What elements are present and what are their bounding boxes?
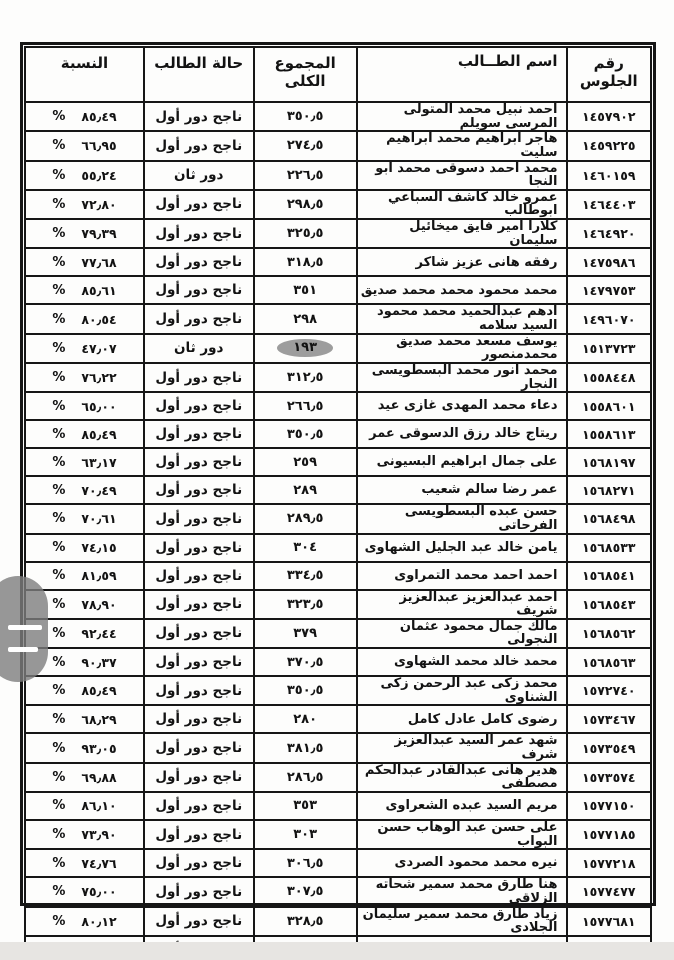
total-score-cell: ٣٥٠٫٥ (254, 676, 357, 705)
total-score-cell: ٣٥٠٫٥ (254, 102, 357, 131)
percentage-cell: ٨٠٫١٢ % (25, 907, 144, 936)
percentage-value: ٩٢٫٤٤ (81, 626, 116, 641)
percent-sign: % (52, 427, 65, 442)
percentage-value: ٨٠٫١٢ (81, 914, 116, 929)
student-name-cell: عمرو خالد كاشف السباعي ابوطالب (357, 190, 567, 219)
table-row: ١٥٧٧٦٨١ زياد طارق محمد سمير سليمان الجلا… (25, 907, 651, 936)
total-score-value: ٣٥٠٫٥ (287, 683, 324, 698)
percentage-cell: ٧٠٫٦١ % (25, 504, 144, 533)
percent-sign: % (52, 511, 65, 526)
seat-number-cell: ١٥٦٨١٩٧ (567, 448, 652, 476)
student-name-cell: محمد زكى عبد الرحمن زكى الشناوى (357, 676, 567, 705)
total-score-value: ٢٨٠ (293, 712, 317, 727)
status-cell: ناجح دور أول (144, 248, 254, 276)
percent-sign: % (52, 741, 65, 756)
percentage-group: ٨٥٫٦١ % (27, 283, 142, 298)
status-cell: دور ثان (144, 334, 254, 363)
table-row: ١٥٦٨١٩٧ على جمال ابراهيم البسيونى ٢٥٩ نا… (25, 448, 651, 476)
header-seat-number: رقم الجلوس (567, 47, 652, 102)
status-cell: ناجح دور أول (144, 420, 254, 448)
percentage-value: ٦٦٫٩٥ (81, 138, 116, 153)
percent-sign: % (52, 341, 65, 356)
percentage-group: ٧٠٫٤٩ % (27, 483, 142, 498)
total-score-cell: ٢٨٠ (254, 705, 357, 733)
total-score-value: ٢٧٤٫٥ (287, 138, 324, 153)
seat-number-cell: ١٤٦٤٩٢٠ (567, 219, 652, 248)
percentage-cell: ٦٥٫٠٠ % (25, 392, 144, 420)
total-score-cell: ٢٧٤٫٥ (254, 131, 357, 160)
percentage-value: ٧٧٫٦٨ (81, 255, 116, 270)
percentage-cell: ٧٤٫٧٦ % (25, 849, 144, 877)
floating-assistive-handle[interactable] (0, 576, 48, 682)
status-cell: ناجح دور أول (144, 590, 254, 619)
seat-number-cell: ١٥٦٨٥٦٣ (567, 648, 652, 676)
header-total-score: المجموع الكلى (254, 47, 357, 102)
table-row: ١٥٦٨٥٦٢ مالك جمال محمود عثمان النجولى ٣٧… (25, 619, 651, 648)
percentage-group: ٩٣٫٠٥ % (27, 741, 142, 756)
status-cell: ناجح دور أول (144, 562, 254, 590)
total-score-cell: ٣٠٣ (254, 820, 357, 849)
total-score-cell: ٣٧٠٫٥ (254, 648, 357, 676)
percent-sign: % (52, 914, 65, 929)
percentage-group: ٧٦٫٢٢ % (27, 370, 142, 385)
percent-sign: % (52, 798, 65, 813)
percentage-cell: ٦٣٫١٧ % (25, 448, 144, 476)
results-table: رقم الجلوس اسم الطــالب المجموع الكلى حا… (24, 46, 652, 960)
total-score-value: ٢٨٦٫٥ (287, 770, 324, 785)
student-name-cell: هدير هانى عبدالقادر عبدالحكم مصطفى (357, 763, 567, 792)
total-score-value: ٣٥٠٫٥ (287, 109, 324, 124)
document-page: رقم الجلوس اسم الطــالب المجموع الكلى حا… (0, 0, 674, 942)
status-cell: ناجح دور أول (144, 676, 254, 705)
seat-number-cell: ١٥٦٨٢٧١ (567, 476, 652, 504)
percentage-cell: ٧٩٫٣٩ % (25, 219, 144, 248)
percentage-value: ٧٠٫٤٩ (81, 483, 116, 498)
percent-sign: % (52, 483, 65, 498)
percent-sign: % (52, 455, 65, 470)
percentage-value: ٨٦٫١٠ (81, 798, 116, 813)
table-row: ١٤٥٧٩٠٢ احمد نبيل محمد المتولى المرسى سو… (25, 102, 651, 131)
table-row: ١٥١٣٧٢٣ يوسف مسعد محمد صديق محمدمنصور ١٩… (25, 334, 651, 363)
percentage-group: ٦٣٫١٧ % (27, 455, 142, 470)
student-name-cell: محمد احمد دسوقى محمد ابو النجا (357, 161, 567, 190)
table-row: ١٤٧٩٧٥٣ محمد محمود محمد محمد صديق ٣٥١ نا… (25, 276, 651, 304)
total-score-value: ٢٩٨ (293, 312, 317, 327)
student-name-cell: كلارا امير فايق ميخائيل سليمان (357, 219, 567, 248)
percentage-value: ٩٠٫٣٧ (81, 655, 116, 670)
table-row: ١٥٦٨٥٤١ احمد احمد محمد التمراوى ٣٣٤٫٥ نا… (25, 562, 651, 590)
percentage-cell: ٤٧٫٠٧ % (25, 334, 144, 363)
total-score-cell: ٢٢٦٫٥ (254, 161, 357, 190)
percentage-group: ٧٣٫٩٠ % (27, 827, 142, 842)
status-cell: ناجح دور أول (144, 619, 254, 648)
student-name-cell: احمد نبيل محمد المتولى المرسى سويلم (357, 102, 567, 131)
percentage-cell: ٦٨٫٢٩ % (25, 705, 144, 733)
percent-sign: % (52, 770, 65, 785)
total-score-value: ٣٥٠٫٥ (287, 427, 324, 442)
total-score-value: ٣٣٤٫٥ (287, 568, 324, 583)
status-cell: ناجح دور أول (144, 648, 254, 676)
percent-sign: % (52, 712, 65, 727)
percentage-cell: ٧٤٫١٥ % (25, 534, 144, 562)
percentage-group: ٥٥٫٢٤ % (27, 168, 142, 183)
seat-number-cell: ١٥٧٢٧٤٠ (567, 676, 652, 705)
percentage-cell: ٧٣٫٩٠ % (25, 820, 144, 849)
percentage-value: ٧٦٫٢٢ (81, 370, 116, 385)
percent-sign: % (52, 370, 65, 385)
seat-number-cell: ١٤٧٥٩٨٦ (567, 248, 652, 276)
total-score-cell: ٣٥٣ (254, 792, 357, 820)
table-row: ١٥٧٢٧٤٠ محمد زكى عبد الرحمن زكى الشناوى … (25, 676, 651, 705)
percentage-cell: ٩٣٫٠٥ % (25, 733, 144, 762)
table-row: ١٥٦٨٤٩٨ حسن عبده البسطويسى الفرحاتى ٢٨٩٫… (25, 504, 651, 533)
seat-number-cell: ١٥٦٨٥٦٢ (567, 619, 652, 648)
percentage-value: ٥٥٫٢٤ (81, 168, 116, 183)
percent-sign: % (52, 138, 65, 153)
percentage-cell: ٧٧٫٦٨ % (25, 248, 144, 276)
percentage-cell: ٨٥٫٦١ % (25, 276, 144, 304)
status-cell: دور ثان (144, 161, 254, 190)
table-row: ١٥٥٨٤٤٨ محمد انور محمد البسطويسى النجار … (25, 363, 651, 392)
percentage-value: ٦٣٫١٧ (81, 455, 116, 470)
table-row: ١٥٧٣٥٧٤ هدير هانى عبدالقادر عبدالحكم مصط… (25, 763, 651, 792)
percentage-value: ٦٩٫٨٨ (81, 770, 116, 785)
seat-number-cell: ١٥٥٨٦١٣ (567, 420, 652, 448)
total-score-value: ٣٢٣٫٥ (287, 597, 324, 612)
percent-sign: % (52, 197, 65, 212)
student-name-cell: هنا طارق محمد سمير شحاته الزلاقى (357, 877, 567, 906)
table-row: ١٥٧٧٢١٨ نيره محمد محمود الصردى ٣٠٦٫٥ ناج… (25, 849, 651, 877)
status-cell: ناجح دور أول (144, 448, 254, 476)
total-score-cell: ٣١٢٫٥ (254, 363, 357, 392)
student-name-cell: مريم السيد عبده الشعراوى (357, 792, 567, 820)
total-score-cell: ٣٢٨٫٥ (254, 907, 357, 936)
percentage-group: ٨٥٫٤٩ % (27, 427, 142, 442)
table-header-row: رقم الجلوس اسم الطــالب المجموع الكلى حا… (25, 47, 651, 102)
percentage-group: ٦٥٫٠٠ % (27, 399, 142, 414)
student-name-cell: يوسف مسعد محمد صديق محمدمنصور (357, 334, 567, 363)
total-score-value: ٣٥٣ (293, 798, 317, 813)
seat-number-cell: ١٤٦٤٤٠٣ (567, 190, 652, 219)
status-cell: ناجح دور أول (144, 705, 254, 733)
status-cell: ناجح دور أول (144, 534, 254, 562)
total-score-value: ٣١٢٫٥ (287, 370, 324, 385)
table-row: ١٥٦٨٥٤٣ أحمد عبدالعزيز عبدالعزيز شريف ٣٢… (25, 590, 651, 619)
handle-bar-icon (8, 647, 38, 652)
total-score-value: ٣٨١٫٥ (287, 741, 324, 756)
percentage-value: ٨٠٫٥٤ (81, 312, 116, 327)
percentage-group: ٨٥٫٤٩ % (27, 683, 142, 698)
table-row: ١٥٧٧١٨٥ على حسن عبد الوهاب حسن البواب ٣٠… (25, 820, 651, 849)
seat-number-cell: ١٤٥٩٢٢٥ (567, 131, 652, 160)
percentage-group: ٧٢٫٨٠ % (27, 197, 142, 212)
status-cell: ناجح دور أول (144, 792, 254, 820)
percentage-cell: ٨٠٫٥٤ % (25, 304, 144, 333)
percentage-value: ٧٢٫٨٠ (81, 197, 116, 212)
student-name-cell: نيره محمد محمود الصردى (357, 849, 567, 877)
table-row: ١٤٦٤٤٠٣ عمرو خالد كاشف السباعي ابوطالب ٢… (25, 190, 651, 219)
percentage-cell: ٨٥٫٤٩ % (25, 420, 144, 448)
total-score-cell: ٣٣٤٫٥ (254, 562, 357, 590)
table-row: ١٥٦٨٥٦٣ محمد خالد محمد الشهاوى ٣٧٠٫٥ ناج… (25, 648, 651, 676)
percentage-group: ٧٩٫٣٩ % (27, 226, 142, 241)
total-score-cell: ٣٥٠٫٥ (254, 420, 357, 448)
total-score-cell: ٢٨٩٫٥ (254, 504, 357, 533)
percentage-cell: ٨٥٫٤٩ % (25, 102, 144, 131)
percentage-group: ٧٥٫٠٠ % (27, 884, 142, 899)
percent-sign: % (52, 109, 65, 124)
percentage-group: ٤٧٫٠٧ % (27, 341, 142, 356)
percentage-value: ٧٤٫١٥ (81, 540, 116, 555)
percentage-cell: ٧٦٫٢٢ % (25, 363, 144, 392)
total-score-cell: ٢٩٨٫٥ (254, 190, 357, 219)
total-score-cell: ٣٠٦٫٥ (254, 849, 357, 877)
percentage-cell: ٨١٫٥٩ % (25, 562, 144, 590)
percent-sign: % (52, 856, 65, 871)
percent-sign: % (52, 540, 65, 555)
total-score-value: ٣٥١ (293, 283, 317, 298)
percentage-value: ٧٠٫٦١ (81, 511, 116, 526)
seat-number-cell: ١٤٥٧٩٠٢ (567, 102, 652, 131)
total-score-value: ٣٠٤ (293, 540, 317, 555)
student-name-cell: دعاء محمد المهدى غازى عيد (357, 392, 567, 420)
seat-number-cell: ١٥٧٧٢١٨ (567, 849, 652, 877)
seat-number-cell: ١٥٥٨٦٠١ (567, 392, 652, 420)
student-name-cell: على جمال ابراهيم البسيونى (357, 448, 567, 476)
percent-sign: % (52, 168, 65, 183)
table-row: ١٥٧٧١٥٠ مريم السيد عبده الشعراوى ٣٥٣ ناج… (25, 792, 651, 820)
total-score-value: ٣٧٩ (293, 626, 317, 641)
total-score-value: ٢٨٩ (293, 483, 317, 498)
percentage-value: ٧٥٫٠٠ (81, 884, 116, 899)
percent-sign: % (52, 683, 65, 698)
total-score-value: ٣١٨٫٥ (287, 255, 324, 270)
header-percentage: النسبة (25, 47, 144, 102)
seat-number-cell: ١٤٦٠١٥٩ (567, 161, 652, 190)
table-row: ١٥٧٧٤٧٧ هنا طارق محمد سمير شحاته الزلاقى… (25, 877, 651, 906)
total-score-value: ٢٢٦٫٥ (287, 168, 324, 183)
seat-number-cell: ١٥٧٣٥٤٩ (567, 733, 652, 762)
seat-number-cell: ١٥٦٨٤٩٨ (567, 504, 652, 533)
student-name-cell: رفقه هانى عزيز شاكر (357, 248, 567, 276)
percentage-value: ٤٧٫٠٧ (81, 341, 116, 356)
percentage-group: ٦٩٫٨٨ % (27, 770, 142, 785)
percentage-value: ٨٥٫٤٩ (81, 427, 116, 442)
student-name-cell: عمر رضا سالم شعيب (357, 476, 567, 504)
status-cell: ناجح دور أول (144, 476, 254, 504)
percent-sign: % (52, 568, 65, 583)
status-cell: ناجح دور أول (144, 733, 254, 762)
status-cell: ناجح دور أول (144, 276, 254, 304)
student-name-cell: يامن خالد عبد الجليل الشهاوى (357, 534, 567, 562)
seat-number-cell: ١٥٧٣٤٦٧ (567, 705, 652, 733)
total-score-cell: ٣٢٣٫٥ (254, 590, 357, 619)
total-score-cell: ٣٧٩ (254, 619, 357, 648)
header-student-name: اسم الطــالب (357, 47, 567, 102)
total-score-cell: ١٩٣ (254, 334, 357, 363)
table-row: ١٤٦٠١٥٩ محمد احمد دسوقى محمد ابو النجا ٢… (25, 161, 651, 190)
percentage-value: ٦٥٫٠٠ (81, 399, 116, 414)
percentage-value: ٧٣٫٩٠ (81, 827, 116, 842)
student-name-cell: شهد عمر السيد عبدالعزيز شرف (357, 733, 567, 762)
student-name-cell: محمد محمود محمد محمد صديق (357, 276, 567, 304)
total-score-cell: ٢٥٩ (254, 448, 357, 476)
seat-number-cell: ١٥٧٧١٥٠ (567, 792, 652, 820)
total-score-cell: ٣١٨٫٥ (254, 248, 357, 276)
percent-sign: % (52, 312, 65, 327)
seat-number-cell: ١٤٩٦٠٧٠ (567, 304, 652, 333)
student-name-cell: ادهم عبدالحميد محمد محمود السيد سلامه (357, 304, 567, 333)
total-score-value: ٣٧٠٫٥ (287, 655, 324, 670)
seat-number-cell: ١٥٧٧١٨٥ (567, 820, 652, 849)
percentage-value: ٨١٫٥٩ (81, 568, 116, 583)
percentage-value: ٨٥٫٤٩ (81, 683, 116, 698)
student-name-cell: مالك جمال محمود عثمان النجولى (357, 619, 567, 648)
status-cell: ناجح دور أول (144, 102, 254, 131)
percentage-value: ٦٨٫٢٩ (81, 712, 116, 727)
percentage-group: ٨٥٫٤٩ % (27, 109, 142, 124)
percentage-cell: ٦٦٫٩٥ % (25, 131, 144, 160)
total-score-value: ٢٥٩ (293, 455, 317, 470)
percentage-value: ٨٥٫٤٩ (81, 109, 116, 124)
percent-sign: % (52, 827, 65, 842)
status-cell: ناجح دور أول (144, 363, 254, 392)
page-bottom-backdrop (0, 942, 674, 960)
seat-number-cell: ١٥٧٣٥٧٤ (567, 763, 652, 792)
percentage-cell: ٨٦٫١٠ % (25, 792, 144, 820)
percentage-group: ٧٧٫٦٨ % (27, 255, 142, 270)
total-score-value: ٣٠٦٫٥ (287, 856, 324, 871)
seat-number-cell: ١٥٦٨٥٣٣ (567, 534, 652, 562)
percentage-group: ٨٠٫١٢ % (27, 914, 142, 929)
student-name-cell: هاجر ابراهيم محمد ابراهيم سليت (357, 131, 567, 160)
percentage-value: ٧٨٫٩٠ (81, 597, 116, 612)
percentage-cell: ٥٥٫٢٤ % (25, 161, 144, 190)
percentage-cell: ٧٥٫٠٠ % (25, 877, 144, 906)
total-score-value: ٣٢٥٫٥ (287, 226, 324, 241)
seat-number-cell: ١٤٧٩٧٥٣ (567, 276, 652, 304)
total-score-value: ٢٨٩٫٥ (287, 511, 324, 526)
percentage-cell: ٧٢٫٨٠ % (25, 190, 144, 219)
status-cell: ناجح دور أول (144, 304, 254, 333)
percentage-value: ٨٥٫٦١ (81, 283, 116, 298)
percentage-group: ٨٦٫١٠ % (27, 798, 142, 813)
results-table-border: رقم الجلوس اسم الطــالب المجموع الكلى حا… (20, 42, 656, 906)
percentage-group: ٦٦٫٩٥ % (27, 138, 142, 153)
status-cell: ناجح دور أول (144, 820, 254, 849)
student-name-cell: رضوى كامل عادل كامل (357, 705, 567, 733)
total-score-cell: ٢٨٦٫٥ (254, 763, 357, 792)
total-score-cell: ٣٥١ (254, 276, 357, 304)
status-cell: ناجح دور أول (144, 190, 254, 219)
table-row: ١٤٧٥٩٨٦ رفقه هانى عزيز شاكر ٣١٨٫٥ ناجح د… (25, 248, 651, 276)
student-name-cell: محمد خالد محمد الشهاوى (357, 648, 567, 676)
percentage-value: ٧٩٫٣٩ (81, 226, 116, 241)
percentage-group: ٧٤٫٧٦ % (27, 856, 142, 871)
total-score-value: ٣٠٧٫٥ (287, 884, 324, 899)
percent-sign: % (52, 283, 65, 298)
percentage-group: ٧٤٫١٥ % (27, 540, 142, 555)
status-cell: ناجح دور أول (144, 131, 254, 160)
table-body: ١٤٥٧٩٠٢ احمد نبيل محمد المتولى المرسى سو… (25, 102, 651, 960)
percent-sign: % (52, 655, 65, 670)
percentage-value: ٩٣٫٠٥ (81, 741, 116, 756)
status-cell: ناجح دور أول (144, 849, 254, 877)
percentage-group: ٧٠٫٦١ % (27, 511, 142, 526)
handle-bar-icon (8, 625, 42, 630)
student-name-cell: محمد انور محمد البسطويسى النجار (357, 363, 567, 392)
student-name-cell: زياد طارق محمد سمير سليمان الجلادى (357, 907, 567, 936)
status-cell: ناجح دور أول (144, 907, 254, 936)
student-name-cell: حسن عبده البسطويسى الفرحاتى (357, 504, 567, 533)
table-row: ١٥٦٨٥٣٣ يامن خالد عبد الجليل الشهاوى ٣٠٤… (25, 534, 651, 562)
seat-number-cell: ١٥٧٧٤٧٧ (567, 877, 652, 906)
student-name-cell: أحمد عبدالعزيز عبدالعزيز شريف (357, 590, 567, 619)
table-row: ١٤٥٩٢٢٥ هاجر ابراهيم محمد ابراهيم سليت ٢… (25, 131, 651, 160)
percentage-group: ٦٨٫٢٩ % (27, 712, 142, 727)
status-cell: ناجح دور أول (144, 392, 254, 420)
total-score-cell: ٢٦٦٫٥ (254, 392, 357, 420)
total-score-value: ٣٠٣ (293, 827, 317, 842)
seat-number-cell: ١٥٧٧٦٨١ (567, 907, 652, 936)
table-row: ١٥٥٨٦١٣ ريتاج خالد رزق الدسوقى عمر ٣٥٠٫٥… (25, 420, 651, 448)
seat-number-cell: ١٥١٣٧٢٣ (567, 334, 652, 363)
table-row: ١٤٦٤٩٢٠ كلارا امير فايق ميخائيل سليمان ٣… (25, 219, 651, 248)
table-row: ١٥٥٨٦٠١ دعاء محمد المهدى غازى عيد ٢٦٦٫٥ … (25, 392, 651, 420)
percentage-group: ٨٠٫٥٤ % (27, 312, 142, 327)
table-row: ١٥٧٣٤٦٧ رضوى كامل عادل كامل ٢٨٠ ناجح دور… (25, 705, 651, 733)
percent-sign: % (52, 255, 65, 270)
total-score-value: ٢٩٨٫٥ (287, 197, 324, 212)
total-score-cell: ٣٠٧٫٥ (254, 877, 357, 906)
status-cell: ناجح دور أول (144, 504, 254, 533)
percentage-group: ٨١٫٥٩ % (27, 568, 142, 583)
total-score-cell: ٢٨٩ (254, 476, 357, 504)
seat-number-cell: ١٥٥٨٤٤٨ (567, 363, 652, 392)
status-cell: ناجح دور أول (144, 877, 254, 906)
seat-number-cell: ١٥٦٨٥٤١ (567, 562, 652, 590)
percentage-value: ٧٤٫٧٦ (81, 856, 116, 871)
table-row: ١٤٩٦٠٧٠ ادهم عبدالحميد محمد محمود السيد … (25, 304, 651, 333)
total-score-value: ٣٢٨٫٥ (287, 914, 324, 929)
percentage-cell: ٧٠٫٤٩ % (25, 476, 144, 504)
total-score-cell: ٣٨١٫٥ (254, 733, 357, 762)
total-score-cell: ٣٢٥٫٥ (254, 219, 357, 248)
student-name-cell: احمد احمد محمد التمراوى (357, 562, 567, 590)
percent-sign: % (52, 626, 65, 641)
student-name-cell: على حسن عبد الوهاب حسن البواب (357, 820, 567, 849)
percent-sign: % (52, 399, 65, 414)
table-row: ١٥٧٣٥٤٩ شهد عمر السيد عبدالعزيز شرف ٣٨١٫… (25, 733, 651, 762)
student-name-cell: ريتاج خالد رزق الدسوقى عمر (357, 420, 567, 448)
total-score-cell: ٢٩٨ (254, 304, 357, 333)
table-row: ١٥٦٨٢٧١ عمر رضا سالم شعيب ٢٨٩ ناجح دور أ… (25, 476, 651, 504)
percent-sign: % (52, 226, 65, 241)
header-student-status: حالة الطالب (144, 47, 254, 102)
percentage-cell: ٦٩٫٨٨ % (25, 763, 144, 792)
percent-sign: % (52, 884, 65, 899)
total-score-value: ٢٦٦٫٥ (287, 399, 324, 414)
seat-number-cell: ١٥٦٨٥٤٣ (567, 590, 652, 619)
total-score-value: ١٩٣ (277, 339, 333, 357)
total-score-cell: ٣٠٤ (254, 534, 357, 562)
percent-sign: % (52, 597, 65, 612)
percentage-cell: ٨٥٫٤٩ % (25, 676, 144, 705)
status-cell: ناجح دور أول (144, 763, 254, 792)
status-cell: ناجح دور أول (144, 219, 254, 248)
